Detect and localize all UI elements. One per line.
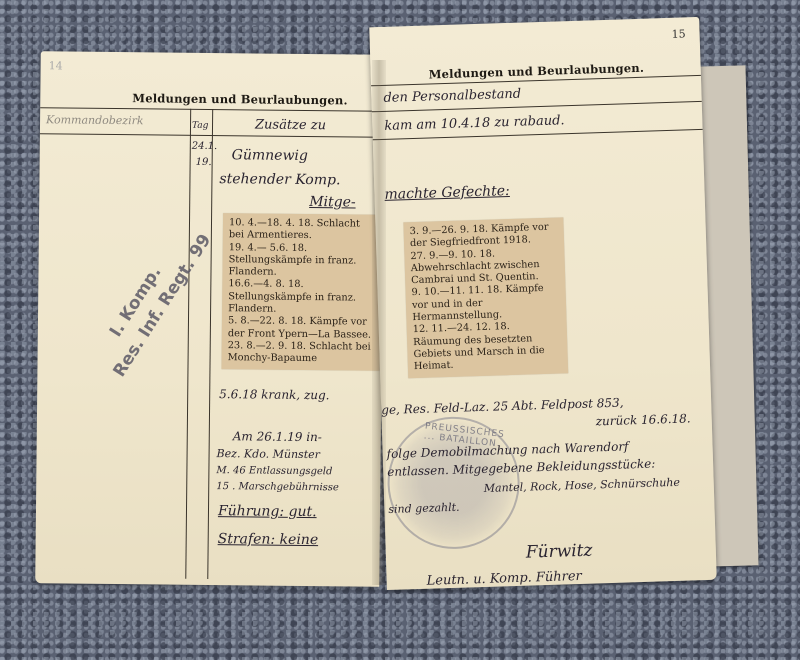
handwriting-line: Gümnewig xyxy=(232,147,308,164)
handwriting-line: den Personalbestand xyxy=(383,87,521,106)
handwriting-line: Am 26.1.19 in- xyxy=(233,429,322,444)
newspaper-clipping-right: 3. 9.—26. 9. 18. Kämpfe vor der Siegfrie… xyxy=(403,217,568,378)
photo-scene: 14 Meldungen und Beurlaubungen. Kommando… xyxy=(0,0,800,660)
column-label-additions: Zusätze zu xyxy=(255,117,326,133)
handwriting-line: machte Gefechte: xyxy=(384,183,510,203)
book-spine-gutter xyxy=(372,60,386,585)
signature: Fürwitz xyxy=(526,541,593,563)
handwriting-conduct: Führung: gut. xyxy=(218,503,317,520)
right-page: 15 Meldungen und Beurlaubungen. den Pers… xyxy=(369,17,717,590)
date-entry-day: 24.1. xyxy=(192,141,218,152)
column-label-day: Tag xyxy=(192,121,209,131)
handwriting-line: zurück 16.6.18. xyxy=(596,411,691,428)
handwriting-line: Bez. Kdo. Münster xyxy=(217,447,320,461)
handwriting-line: ge, Res. Feld-Laz. 25 Abt. Feldpost 853, xyxy=(381,396,624,418)
handwriting-line: kam am 10.4.18 zu rabaud. xyxy=(384,113,565,134)
handwriting-line: 15 . Marschgebührnisse xyxy=(216,481,339,493)
date-entry-year: 19. xyxy=(196,157,212,168)
page-number: 14 xyxy=(49,59,63,72)
handwriting-line: 5.6.18 krank, zug. xyxy=(219,387,329,402)
column-rule xyxy=(185,109,191,579)
handwriting-line: stehender Komp. xyxy=(219,171,340,188)
handwriting-punishments: Strafen: keine xyxy=(218,531,319,548)
handwriting-line: sind gezahlt. xyxy=(388,501,460,516)
signature-title: Leutn. u. Komp. Führer xyxy=(426,569,582,589)
newspaper-clipping-left: 10. 4.—18. 4. 18. Schlacht bei Armentier… xyxy=(221,213,381,370)
column-label-district: Kommandobezirk xyxy=(46,113,144,127)
page-header: Meldungen und Beurlaubungen. xyxy=(132,91,348,107)
page-number: 15 xyxy=(671,27,685,40)
left-page: 14 Meldungen und Beurlaubungen. Kommando… xyxy=(35,51,385,587)
handwriting-line: Mitge- xyxy=(309,194,356,210)
column-rule xyxy=(207,109,213,579)
handwriting-line: M. 46 Entlassungsgeld xyxy=(216,465,332,477)
